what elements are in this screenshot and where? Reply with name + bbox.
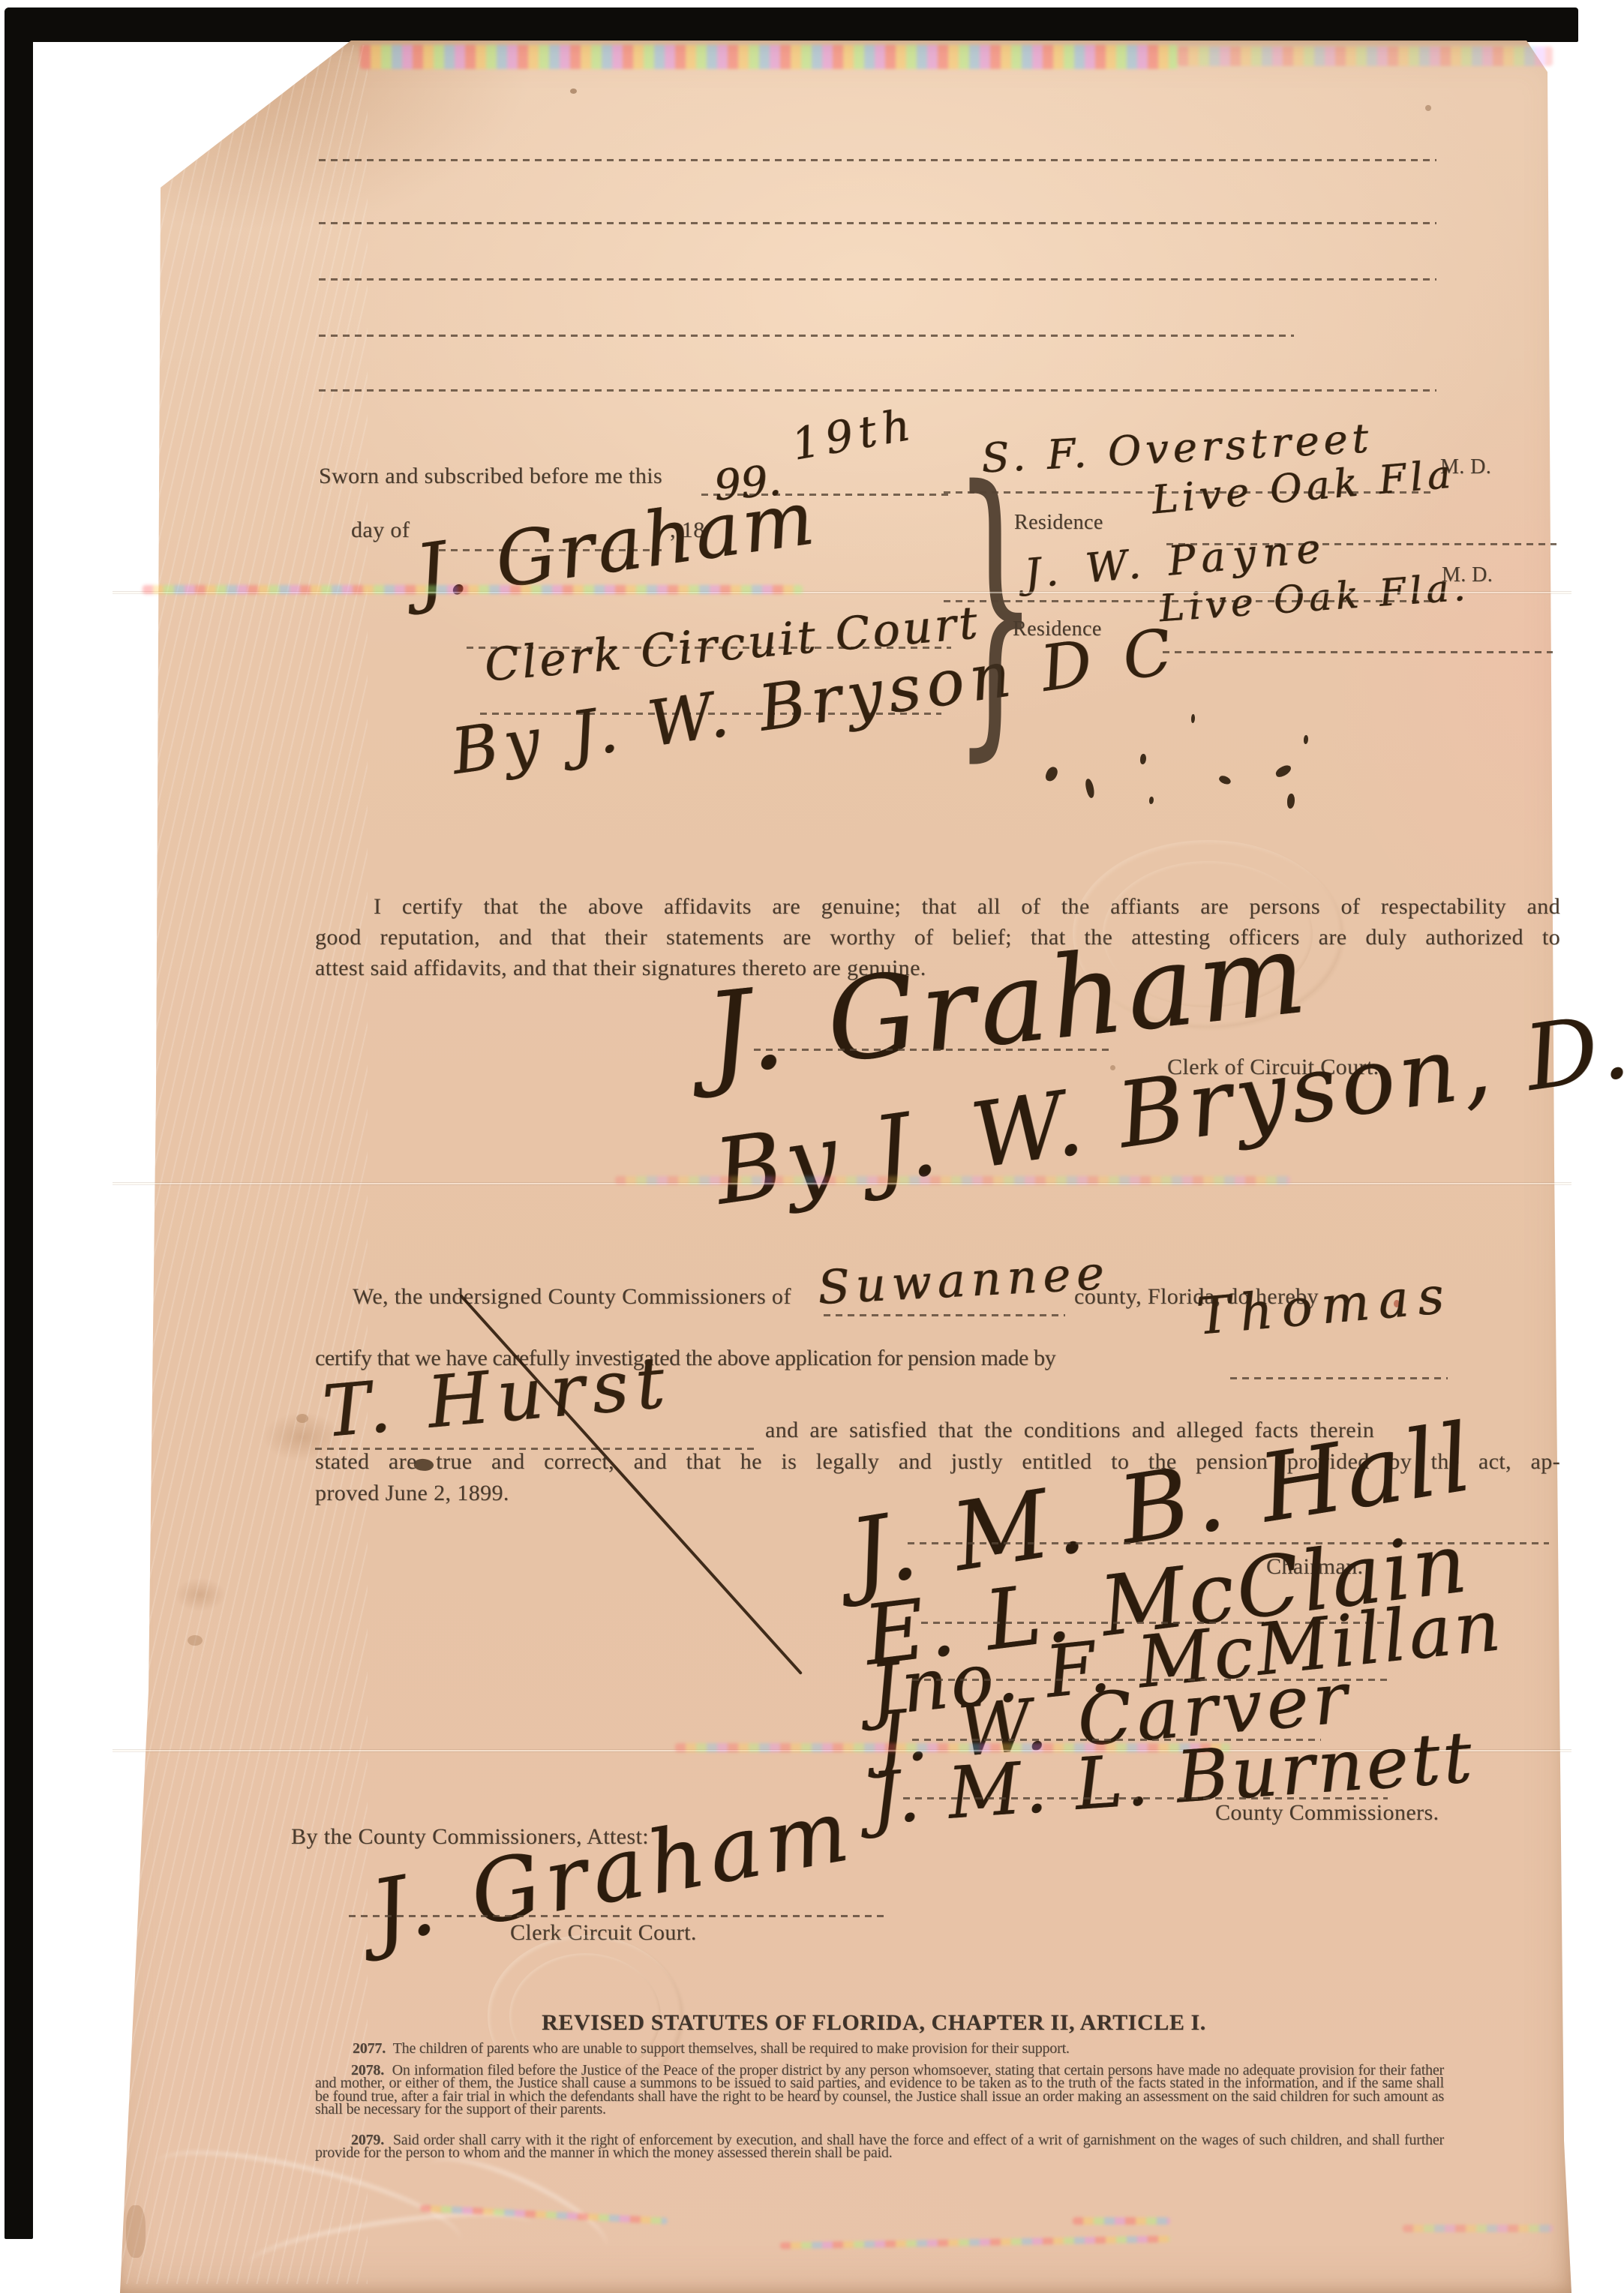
iridescent-streak bbox=[143, 585, 803, 594]
ruled-line bbox=[1163, 651, 1553, 653]
iridescent-streak bbox=[1178, 47, 1553, 66]
ruled-line bbox=[319, 278, 1436, 281]
statute-2079: 2079. Said order shall carry with it the… bbox=[315, 2134, 1444, 2160]
ruled-line bbox=[824, 1314, 1065, 1316]
certify-paragraph-line1: I certify that the above affidavits are … bbox=[374, 894, 1560, 920]
statute-text: The children of parents who are unable t… bbox=[393, 2040, 1070, 2057]
iridescent-streak bbox=[1073, 2217, 1170, 2225]
paper-stain bbox=[126, 2205, 146, 2258]
ruled-line bbox=[903, 1797, 1388, 1799]
ruled-line bbox=[754, 1049, 1110, 1051]
foxing-spot bbox=[1110, 1065, 1115, 1070]
statute-text: On information filed before the Justice … bbox=[315, 2062, 1444, 2117]
statutes-heading: REVISED STATUTES OF FLORIDA, CHAPTER II,… bbox=[315, 2010, 1433, 2036]
scanner-frame-top bbox=[5, 8, 1578, 42]
iridescent-streak bbox=[615, 1176, 1290, 1184]
scanned-document-page: Sworn and subscribed before me this 19th… bbox=[0, 0, 1624, 2293]
printed-brace: } bbox=[953, 452, 1039, 762]
foxing-spot bbox=[296, 1414, 308, 1423]
foxing-spot bbox=[1425, 105, 1431, 111]
statute-text: Said order shall carry with it the right… bbox=[315, 2132, 1444, 2161]
sworn-prefix-text: Sworn and subscribed before me this bbox=[319, 464, 662, 489]
ruled-line bbox=[1230, 1377, 1448, 1379]
ruled-line bbox=[319, 159, 1436, 161]
county-commissioners-label: County Commissioners. bbox=[1215, 1800, 1439, 1826]
ruled-line bbox=[319, 335, 1294, 337]
residence-label: Residence bbox=[1014, 510, 1103, 536]
iridescent-streak bbox=[360, 45, 1178, 69]
statute-2077: 2077. The children of parents who are un… bbox=[353, 2042, 1440, 2057]
statute-2078: 2078. On information filed before the Ju… bbox=[315, 2064, 1444, 2117]
iridescent-streak bbox=[1403, 2225, 1553, 2232]
day-of-label: day of bbox=[351, 518, 410, 543]
statute-number: 2077. bbox=[353, 2040, 386, 2057]
residence-label: Residence bbox=[1013, 617, 1102, 642]
ruled-line bbox=[349, 1915, 885, 1917]
foxing-spot bbox=[570, 89, 577, 94]
commissioners-line5: proved June 2, 1899. bbox=[315, 1481, 509, 1506]
foxing-spot bbox=[188, 1635, 203, 1646]
ruled-line bbox=[319, 389, 1436, 392]
commissioners-intro-pre: We, the undersigned County Commissioners… bbox=[353, 1284, 791, 1310]
scanner-frame-left bbox=[5, 8, 33, 2239]
ruled-line bbox=[319, 222, 1436, 224]
